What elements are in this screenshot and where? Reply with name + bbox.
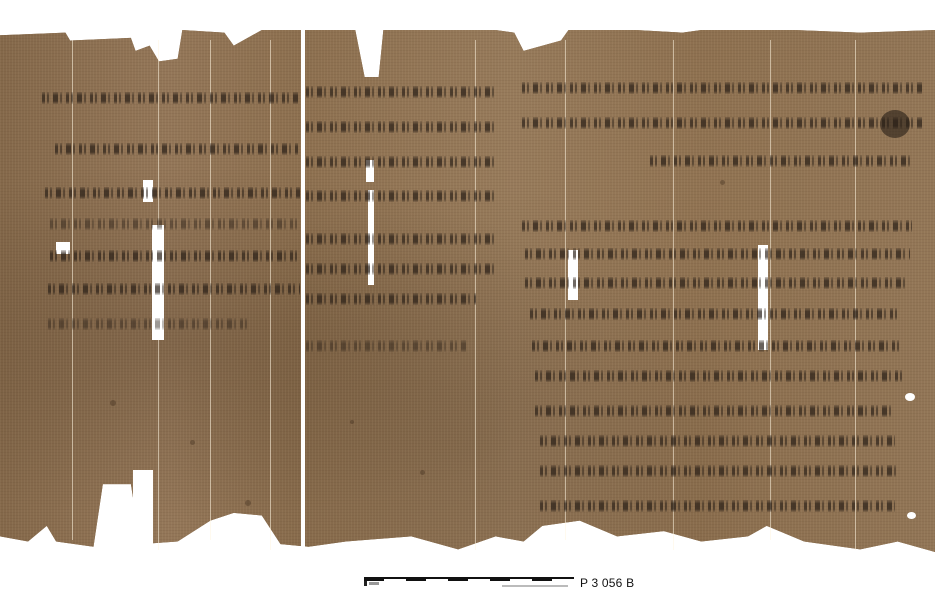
- hole: [758, 245, 768, 350]
- hieratic-line: [530, 308, 900, 320]
- copyright-line: [502, 585, 568, 587]
- hieratic-line: [42, 92, 300, 104]
- hieratic-line: [525, 248, 910, 260]
- hieratic-line: [522, 220, 912, 232]
- stain: [110, 400, 116, 406]
- hieratic-line: [48, 283, 300, 295]
- hieratic-line: [650, 155, 912, 167]
- hieratic-line: [306, 190, 496, 202]
- hieratic-line: [532, 340, 900, 352]
- hieratic-line: [55, 143, 300, 155]
- hieratic-line: [535, 370, 905, 382]
- hieratic-line: [306, 340, 466, 352]
- stain: [420, 470, 425, 475]
- hieratic-line: [306, 86, 496, 98]
- hieratic-line: [306, 156, 496, 168]
- hieratic-line: [50, 250, 300, 262]
- stain: [350, 420, 354, 424]
- stain: [720, 180, 725, 185]
- hieratic-line: [306, 263, 496, 275]
- inventory-label: P 3 056 B: [580, 576, 634, 590]
- hole: [905, 393, 915, 401]
- hieratic-line: [48, 318, 248, 330]
- stain: [190, 440, 195, 445]
- hieratic-line: [535, 405, 895, 417]
- hieratic-line: [45, 187, 300, 199]
- hieratic-line: [306, 121, 496, 133]
- stain: [245, 500, 251, 506]
- hieratic-line: [525, 277, 905, 289]
- hieratic-line: [540, 465, 900, 477]
- scale-bar: [364, 577, 574, 583]
- hieratic-line: [522, 82, 922, 94]
- museum-logo: [364, 581, 380, 586]
- hieratic-line: [50, 218, 300, 230]
- hieratic-line: [522, 117, 922, 129]
- sheet-join: [270, 40, 271, 550]
- hieratic-line: [540, 435, 895, 447]
- hieratic-line: [540, 500, 895, 512]
- hieratic-line: [306, 233, 496, 245]
- hole: [907, 512, 916, 519]
- hieratic-line: [306, 293, 476, 305]
- hole: [133, 470, 153, 552]
- vertical-crack: [301, 30, 305, 560]
